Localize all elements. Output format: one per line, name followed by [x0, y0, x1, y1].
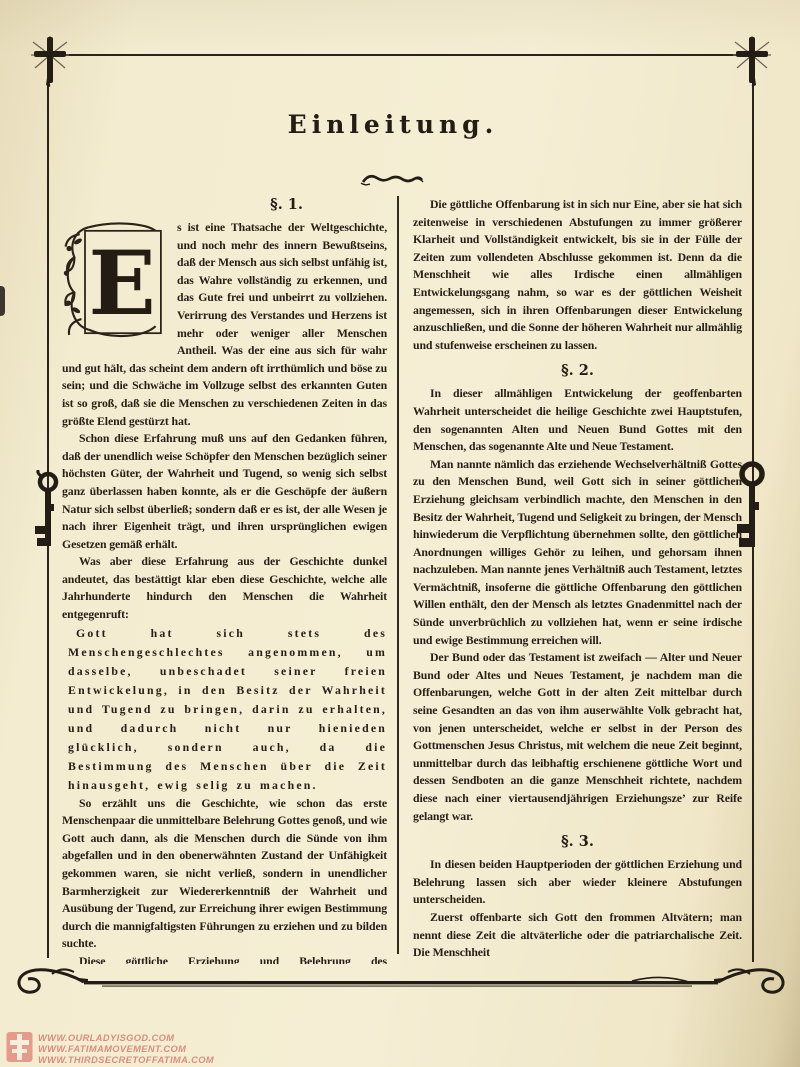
page-title: Einleitung.: [0, 110, 786, 139]
paragraph: So erzählt uns die Geschichte, wie schon…: [62, 795, 387, 953]
ornate-initial: E: [62, 222, 168, 342]
watermark-cross-logo-icon: [6, 1031, 33, 1063]
svg-text:E: E: [88, 231, 155, 335]
watermark-urls: WWW.OURLADYISGOD.COM WWW.FATIMAMOVEMENT.…: [38, 1031, 214, 1065]
watermark-url: WWW.THIRDSECRETOFFATIMA.COM: [38, 1055, 214, 1066]
scroll-flourish-rule: [12, 964, 790, 1004]
section-heading: §. 3.: [413, 833, 742, 850]
paragraph: Die göttliche Offenbarung ist in sich nu…: [413, 196, 742, 354]
paragraph: Was aber diese Erfahrung aus der Geschic…: [62, 553, 387, 623]
watermark-url: WWW.OURLADYISGOD.COM: [38, 1033, 214, 1044]
border-top-rule: [57, 54, 745, 56]
text-column-right: Die göttliche Offenbarung ist in sich nu…: [413, 196, 742, 964]
radiant-cross-icon: [731, 34, 773, 88]
paragraph: Der Bund oder das Testament ist zweifach…: [413, 649, 742, 825]
paragraph-with-ornate-initial: E s ist eine Thatsache der Weltgeschicht…: [62, 219, 387, 430]
paragraph: Zuerst offenbarte sich Gott den frommen …: [413, 909, 742, 962]
emphasized-paragraph: Gott hat sich stets des Menschengeschlec…: [68, 624, 387, 795]
paragraph: Diese göttliche Erziehung und Belehrung …: [62, 953, 387, 964]
paragraph: Man nannte nämlich das erziehende Wechse…: [413, 456, 742, 650]
calligraphic-flourish-icon: [359, 170, 425, 188]
scan-artifact: [0, 286, 5, 316]
text-body: §. 1. E s ist eine Thatsache der Weltges…: [62, 196, 742, 964]
section-heading: §. 1.: [124, 196, 387, 213]
paragraph: In diesen beiden Hauptperioden der göttl…: [413, 856, 742, 909]
column-divider-rule: [397, 196, 399, 954]
key-ornament-icon: [33, 470, 61, 566]
scanned-book-page: Einleitung. §. 1. E s ist eine Thatsache…: [0, 0, 800, 1067]
watermark-url: WWW.FATIMAMOVEMENT.COM: [38, 1044, 214, 1055]
watermark: WWW.OURLADYISGOD.COM WWW.FATIMAMOVEMENT.…: [6, 1031, 214, 1065]
paragraph: Schon diese Erfahrung muß uns auf den Ge…: [62, 430, 387, 553]
section-heading: §. 2.: [413, 362, 742, 379]
paragraph: In dieser allmähligen Entwickelung der g…: [413, 385, 742, 455]
radiant-cross-icon: [29, 34, 71, 88]
text-column-left: §. 1. E s ist eine Thatsache der Weltges…: [62, 196, 387, 964]
